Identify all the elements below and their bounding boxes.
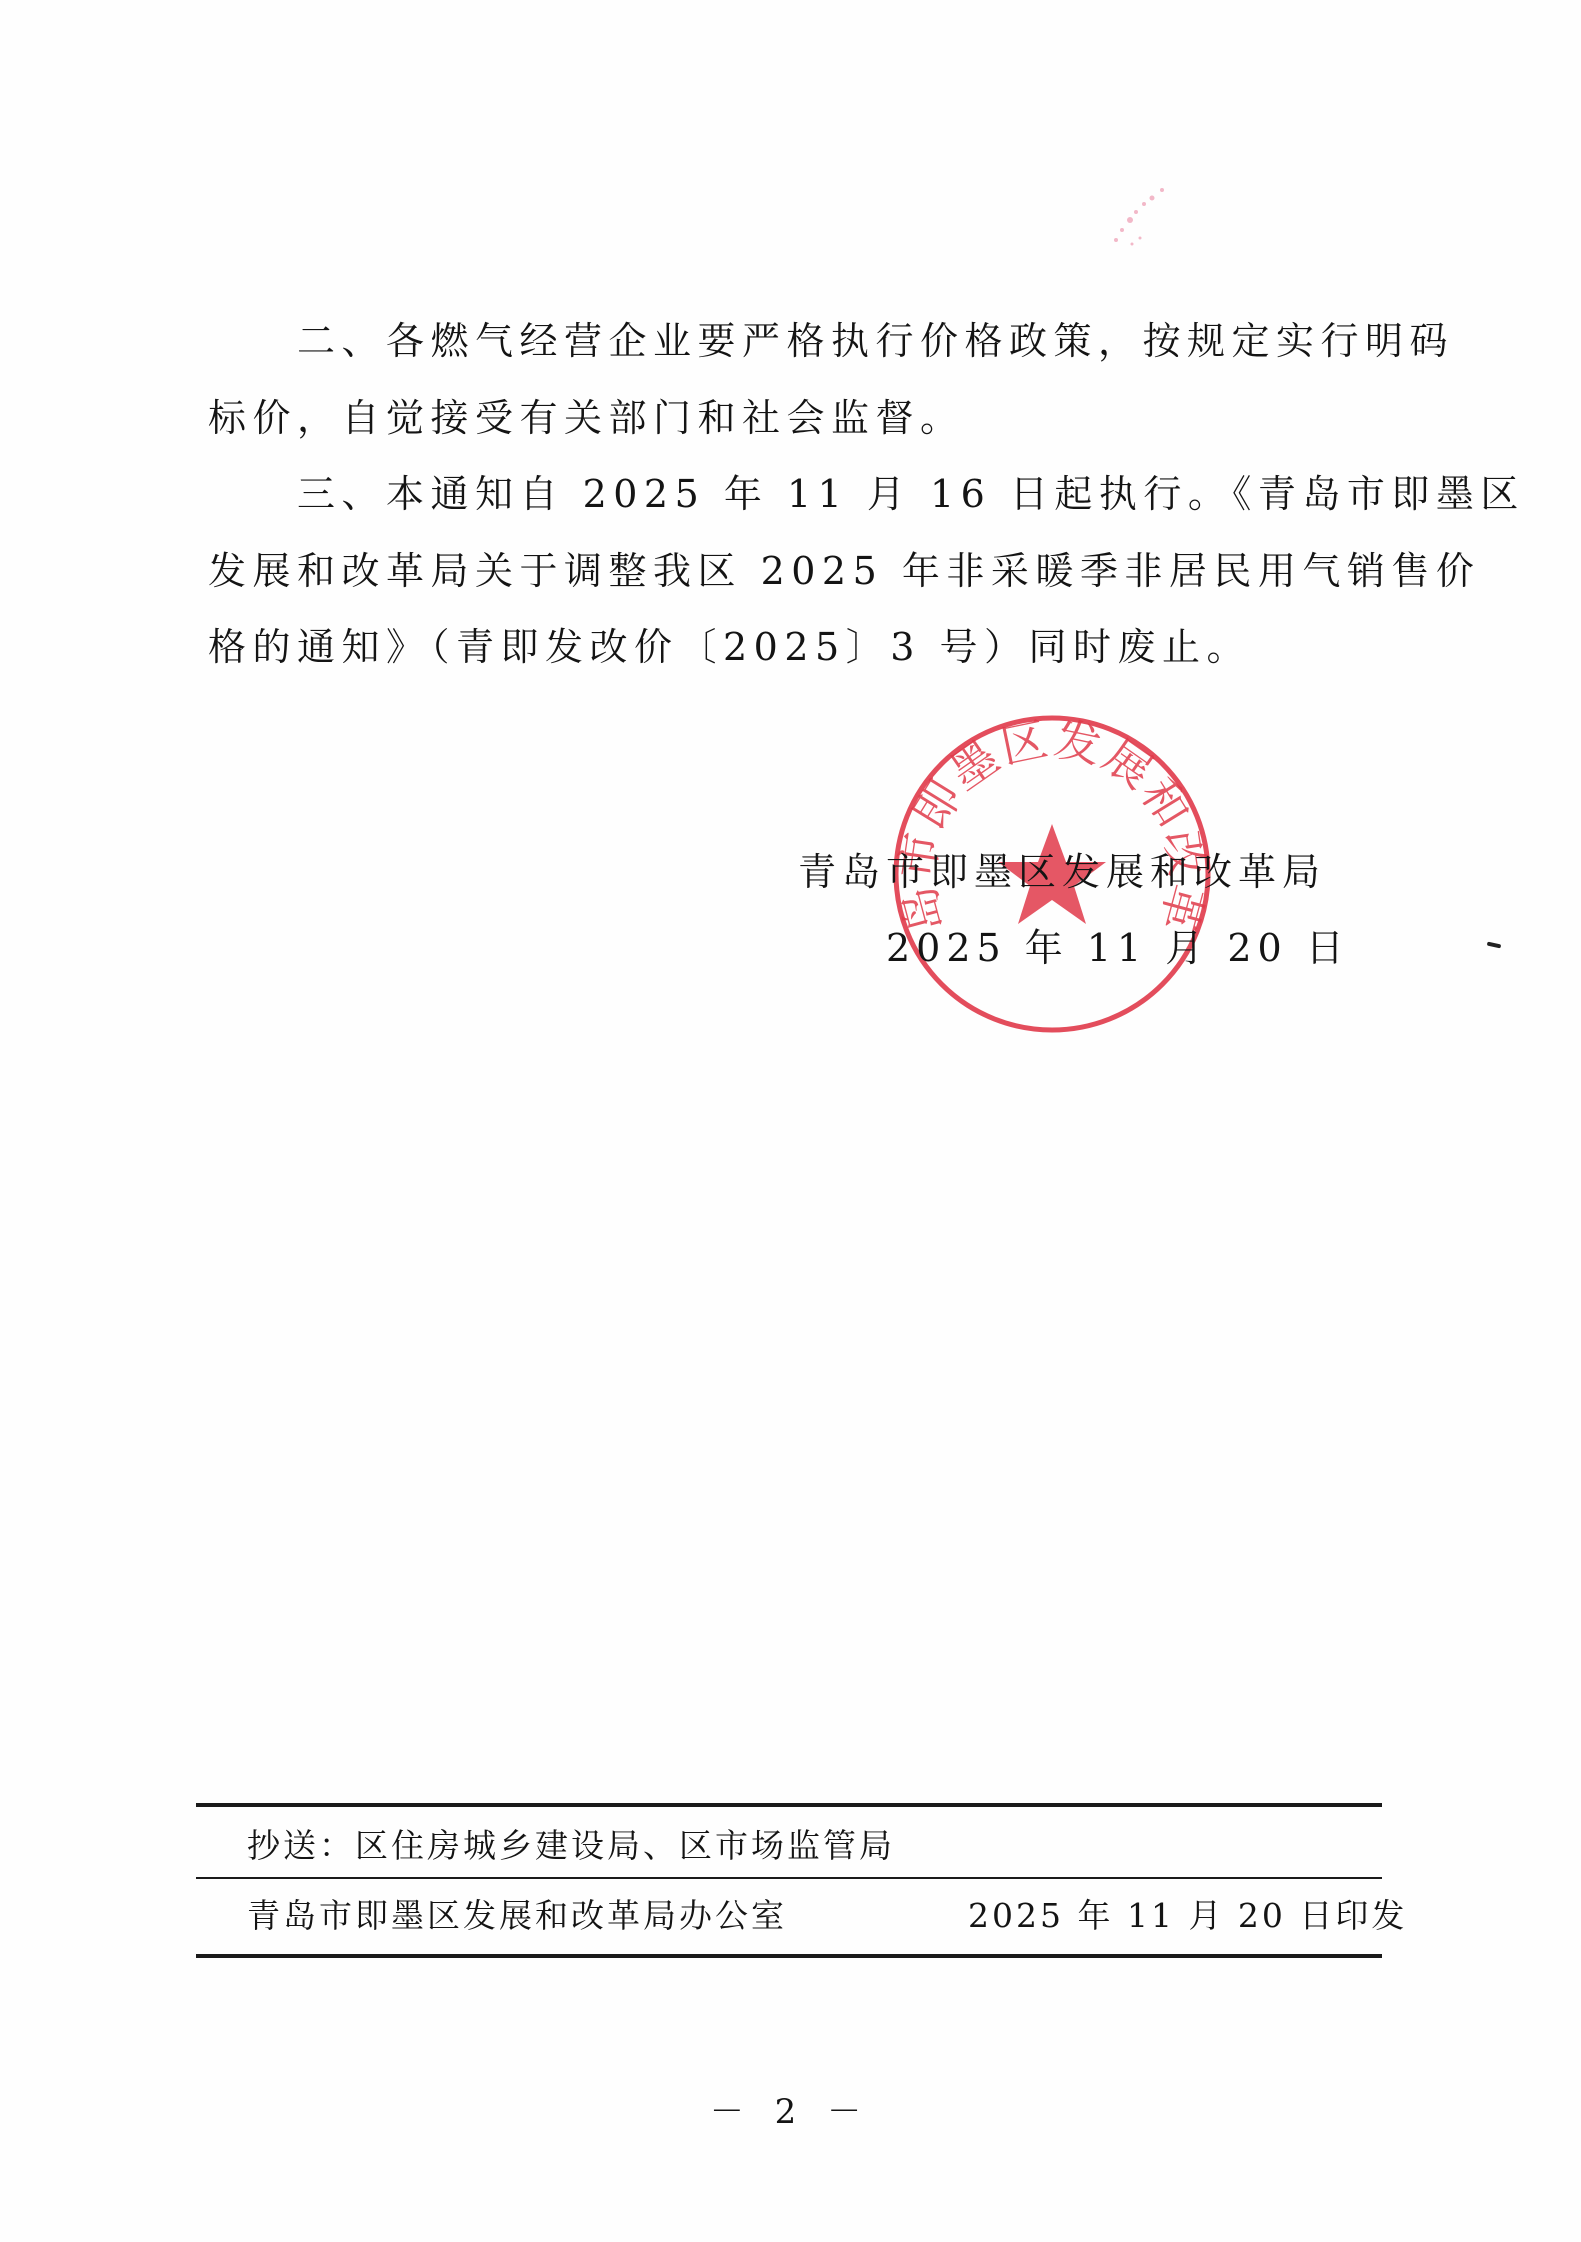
paragraph-item-3-line-3: 格的通知》（青即发改价〔2025〕3 号）同时废止。 [208,623,1390,671]
scan-artifact-icon [1090,168,1200,268]
issuing-office: 青岛市即墨区发展和改革局办公室 [247,1896,787,1936]
paragraph-item-3-line-2: 发展和改革局关于调整我区 2025 年非采暖季非居民用气销售价 [208,547,1390,595]
cc-label: 抄送： [247,1826,355,1865]
document-page: 二、各燃气经营企业要严格执行价格政策，按规定实行明码 标价，自觉接受有关部门和社… [0,0,1581,2242]
issuer-name: 青岛市即墨区发展和改革局 [798,848,1326,896]
footer-bottom-rule [196,1954,1382,1958]
cc-recipients: 区住房城乡建设局、区市场监管局 [355,1826,895,1865]
page-number: － 2 － [0,2084,1581,2133]
issue-date: 2025 年 11 月 20 日 [886,924,1350,972]
print-date: 2025 年 11 月 20 日印发 [968,1896,1407,1936]
footer-middle-rule [196,1877,1382,1879]
footer-top-rule [196,1803,1382,1807]
cc-line: 抄送：区住房城乡建设局、区市场监管局 [247,1826,895,1866]
paragraph-item-2-line-1: 二、各燃气经营企业要严格执行价格政策，按规定实行明码 [208,317,1390,365]
scan-artifact-mark [1487,942,1502,949]
paragraph-item-2-line-2: 标价，自觉接受有关部门和社会监督。 [208,394,1390,442]
paragraph-item-3-line-1: 三、本通知自 2025 年 11 月 16 日起执行。《青岛市即墨区 [208,470,1390,518]
